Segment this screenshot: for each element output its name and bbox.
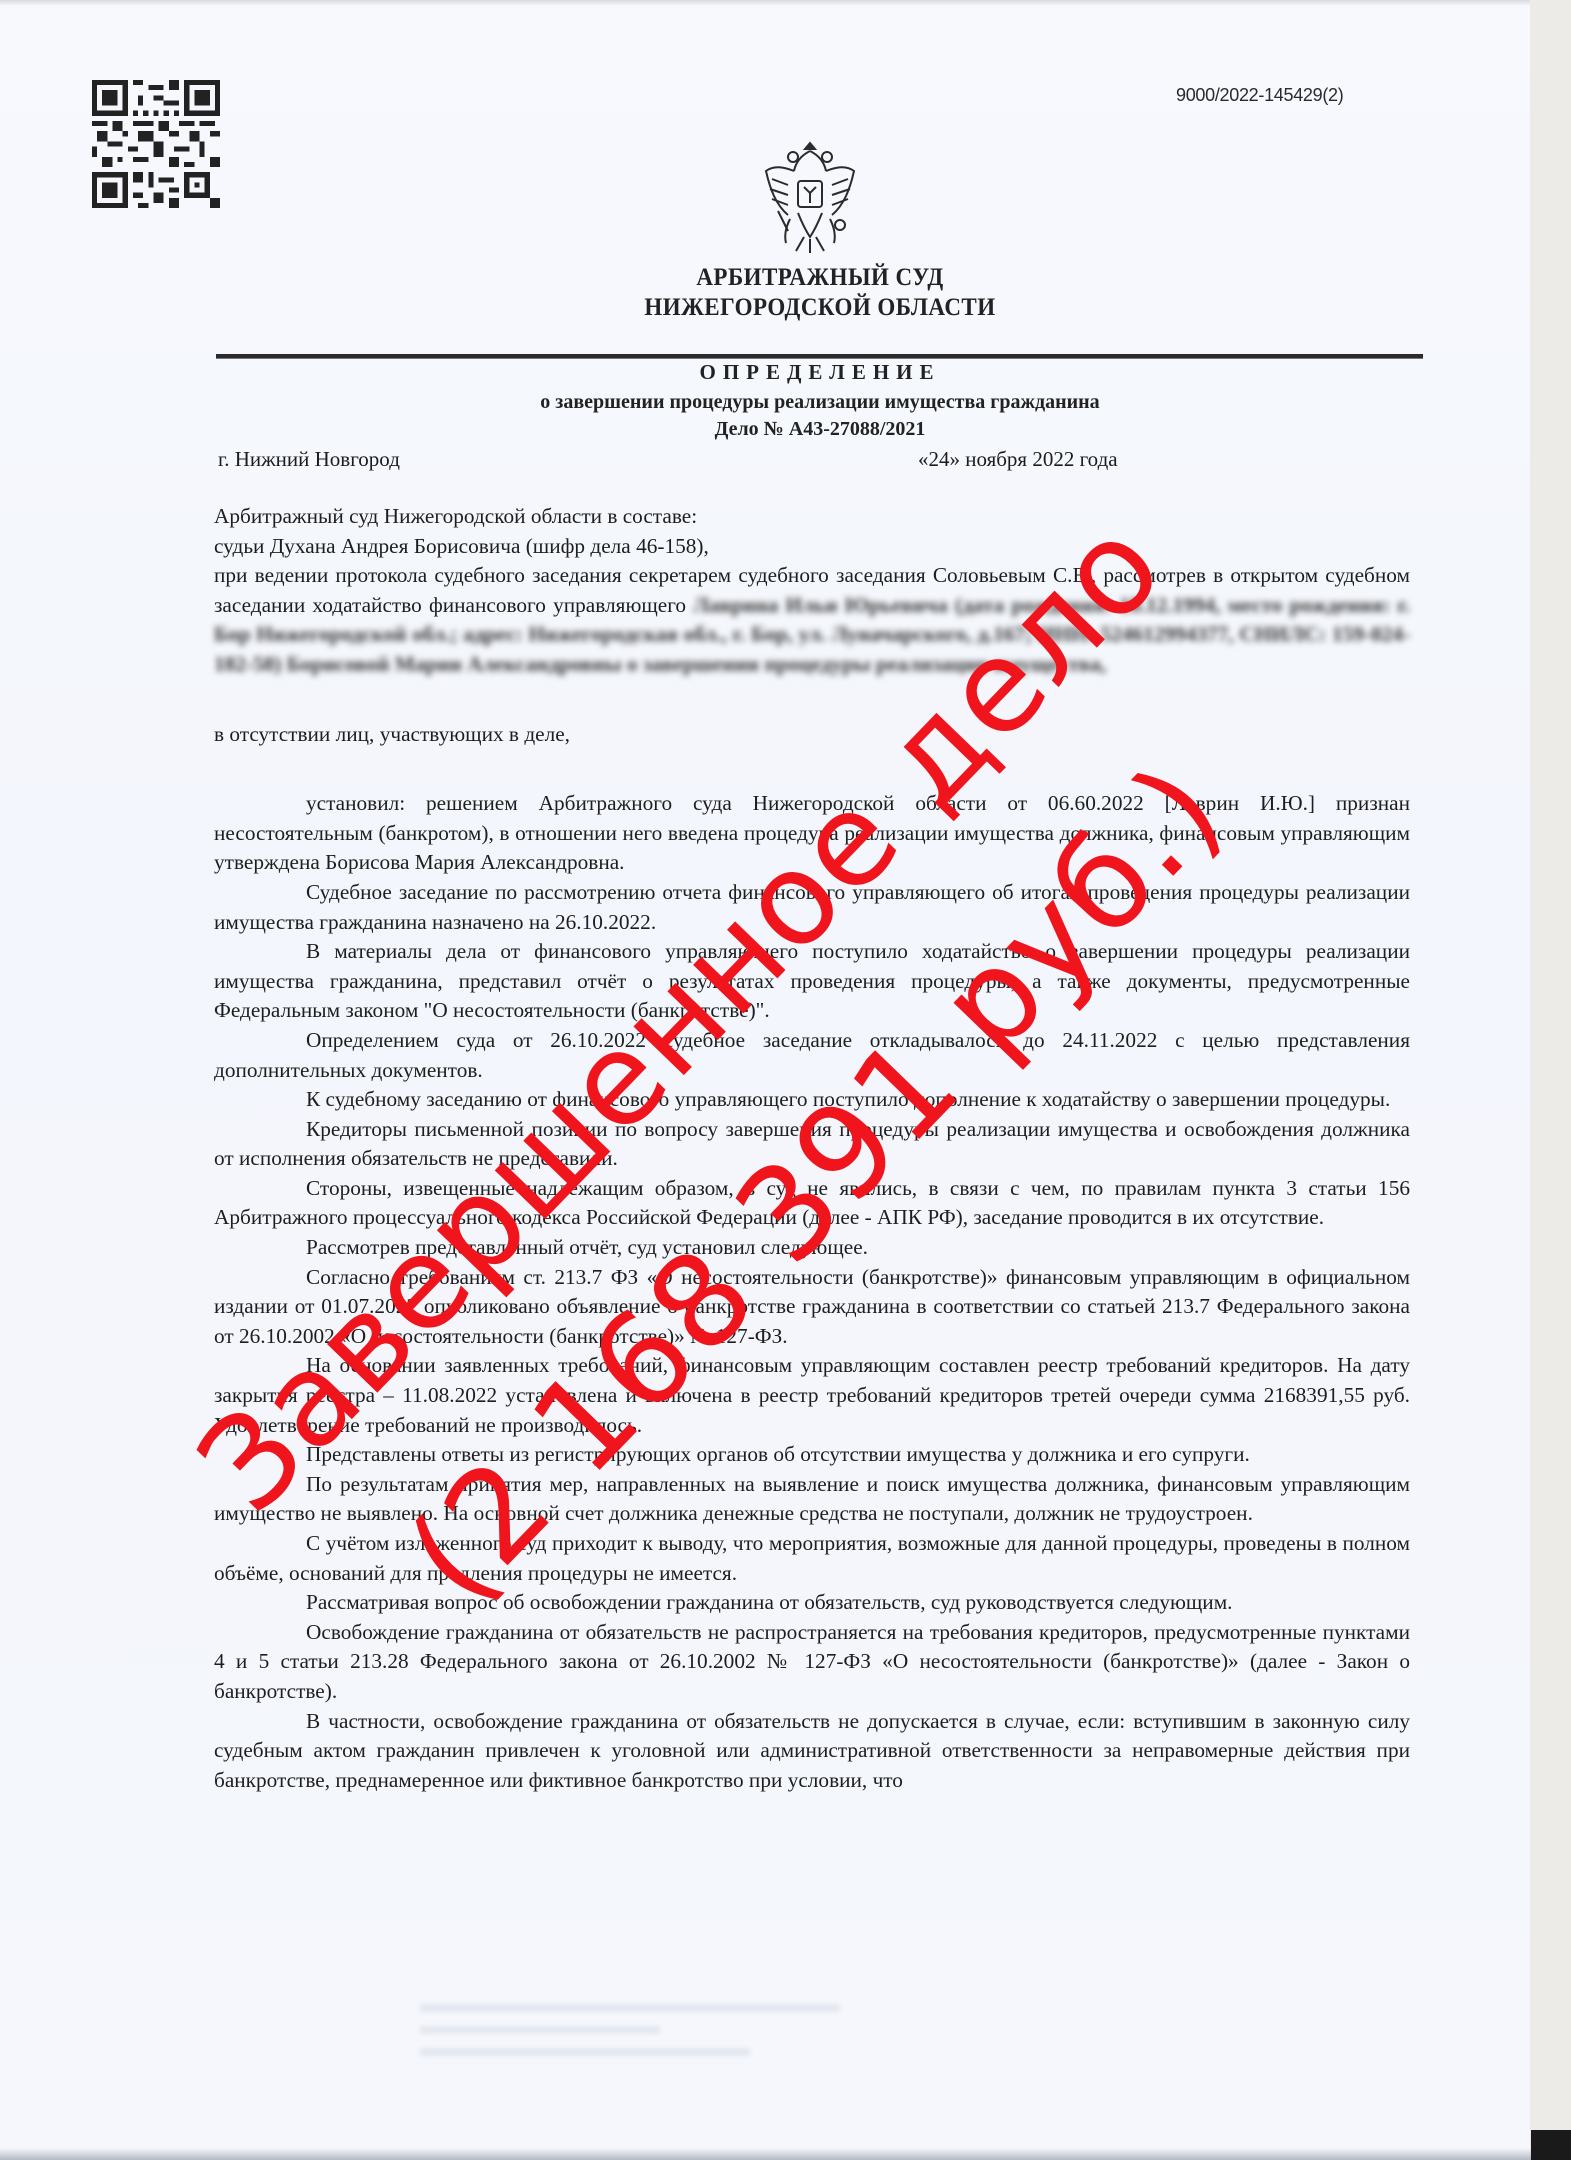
scan-edge — [0, 0, 1530, 6]
paragraph: В частности, освобождение гражданина от … — [214, 1707, 1410, 1796]
paragraph: Кредиторы письменной позиции по вопросу … — [214, 1115, 1410, 1174]
case-number: Дело № А43-27088/2021 — [0, 418, 1530, 441]
intro-line: судьи Духана Андрея Борисовича (шифр дел… — [214, 532, 1410, 562]
paragraph: По результатам принятия мер, направленны… — [214, 1470, 1410, 1529]
paragraph: установил: решением Арбитражного суда Ни… — [214, 789, 1410, 878]
paragraph: Стороны, извещенные надлежащим образом, … — [214, 1174, 1410, 1233]
court-name-line1: АРБИТРАЖНЫЙ СУД — [66, 264, 1530, 292]
spacer — [214, 749, 1410, 789]
qr-code-icon — [92, 80, 220, 208]
court-name-line2: НИЖЕГОРОДСКОЙ ОБЛАСТИ — [66, 294, 1530, 322]
scan-corner — [1531, 2130, 1571, 2160]
decision-date: «24» ноября 2022 года — [918, 447, 1118, 472]
header-divider — [216, 354, 1423, 358]
paragraph: Рассмотрев представленный отчёт, суд уст… — [214, 1233, 1410, 1263]
absence-line: в отсутствии лиц, участвующих в деле, — [214, 720, 1410, 750]
paragraph: В материалы дела от финансового управляю… — [214, 937, 1410, 1026]
intro-line: Арбитражный суд Нижегородской области в … — [214, 502, 1410, 532]
document-id: 9000/2022-145429(2) — [1176, 85, 1343, 106]
paragraph: С учётом изложенного суд приходит к выво… — [214, 1529, 1410, 1588]
document-type: ОПРЕДЕЛЕНИЕ — [0, 360, 1530, 385]
document-body: Арбитражный суд Нижегородской области в … — [214, 502, 1410, 1795]
document-page: 9000/2022-145429(2) АРБИТРАЖНЫЙ СУД НИЖЕ… — [0, 0, 1530, 2160]
paragraph: Определением суда от 26.10.2022 судебное… — [214, 1026, 1410, 1085]
spacer — [214, 680, 1410, 720]
paragraph: Представлены ответы из регистрирующих ор… — [214, 1440, 1410, 1470]
paragraph: На основании заявленных требований, фина… — [214, 1351, 1410, 1440]
scan-edge — [0, 2148, 1571, 2160]
paragraph: Освобождение гражданина от обязательств … — [214, 1618, 1410, 1707]
intro-paragraph: при ведении протокола судебного заседани… — [214, 561, 1410, 679]
paragraph: К судебному заседанию от финансового упр… — [214, 1085, 1410, 1115]
paragraph: Рассматривая вопрос об освобождении граж… — [214, 1588, 1410, 1618]
place: г. Нижний Новгород — [218, 447, 400, 472]
document-subject: о завершении процедуры реализации имущес… — [0, 391, 1530, 414]
bleed-through-text — [420, 1990, 1020, 2080]
russian-coat-of-arms-icon — [760, 135, 860, 265]
paragraph: Согласно требованиям ст. 213.7 ФЗ «О нес… — [214, 1263, 1410, 1352]
paragraph: Судебное заседание по рассмотрению отчет… — [214, 878, 1410, 937]
